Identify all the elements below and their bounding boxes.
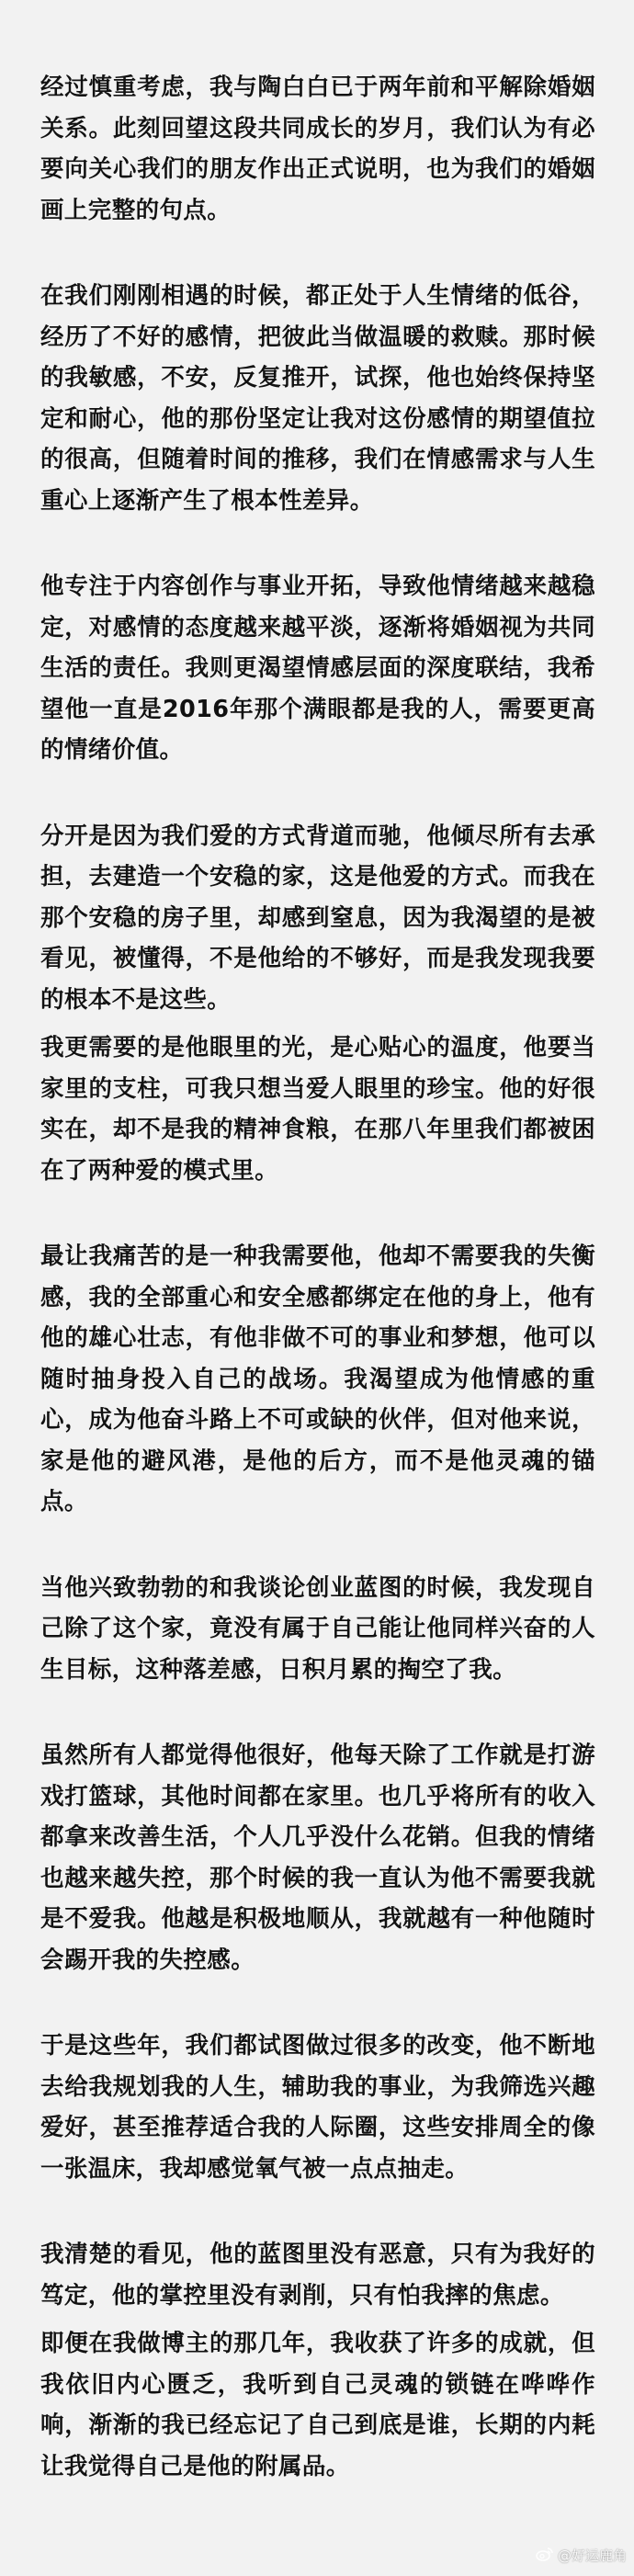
paragraph-gap [40,1690,595,1735]
paragraph-gap [40,1191,595,1236]
statement-document: 经过慎重考虑，我与陶白白已于两年前和平解除婚姻关系。此刻回望这段共同成长的岁月，… [40,67,595,2487]
paragraph-1: 经过慎重考虑，我与陶白白已于两年前和平解除婚姻关系。此刻回望这段共同成长的岁月，… [40,67,595,231]
paragraph-gap [40,1523,595,1568]
weibo-icon [536,2547,554,2565]
paragraph-gap [40,2316,595,2323]
paragraph-11: 即便在我做博主的那几年，我收获了许多的成就，但我依旧内心匮乏，我听到自己灵魂的锁… [40,2323,595,2487]
paragraph-gap [40,231,595,276]
paragraph-4: 分开是因为我们爱的方式背道而驰，他倾尽所有去承担，去建造一个安稳的家，这是他爱的… [40,816,595,1021]
paragraph-8: 虽然所有人都觉得他很好，他每天除了工作就是打游戏打篮球，其他时间都在家里。也几乎… [40,1735,595,1980]
watermark-handle: @好运鹿角 [558,2546,627,2565]
paragraph-3: 他专注于内容创作与事业开拓，导致他情绪越来越稳定，对感情的态度越来越平淡，逐渐将… [40,566,595,771]
paragraph-gap [40,2189,595,2234]
paragraph-gap [40,1980,595,2026]
paragraph-5: 我更需要的是他眼里的光，是心贴心的温度，他要当家里的支柱，可我只想当爱人眼里的珍… [40,1027,595,1191]
paragraph-9: 于是这些年，我们都试图做过很多的改变，他不断地去给我规划我的人生，辅助我的事业，… [40,2026,595,2189]
weibo-watermark: @好运鹿角 [536,2546,627,2565]
paragraph-gap [40,521,595,566]
paragraph-7: 当他兴致勃勃的和我谈论创业蓝图的时候，我发现自己除了这个家，竟没有属于自己能让他… [40,1568,595,1691]
paragraph-10: 我清楚的看见，他的蓝图里没有恶意，只有为我好的笃定，他的掌控里没有剥削，只有怕我… [40,2234,595,2316]
paragraph-6: 最让我痛苦的是一种我需要他，他却不需要我的失衡感，我的全部重心和安全感都绑定在他… [40,1236,595,1523]
paragraph-gap [40,771,595,816]
paragraph-gap [40,1020,595,1027]
paragraph-2: 在我们刚刚相遇的时候，都正处于人生情绪的低谷，经历了不好的感情，把彼此当做温暖的… [40,276,595,521]
